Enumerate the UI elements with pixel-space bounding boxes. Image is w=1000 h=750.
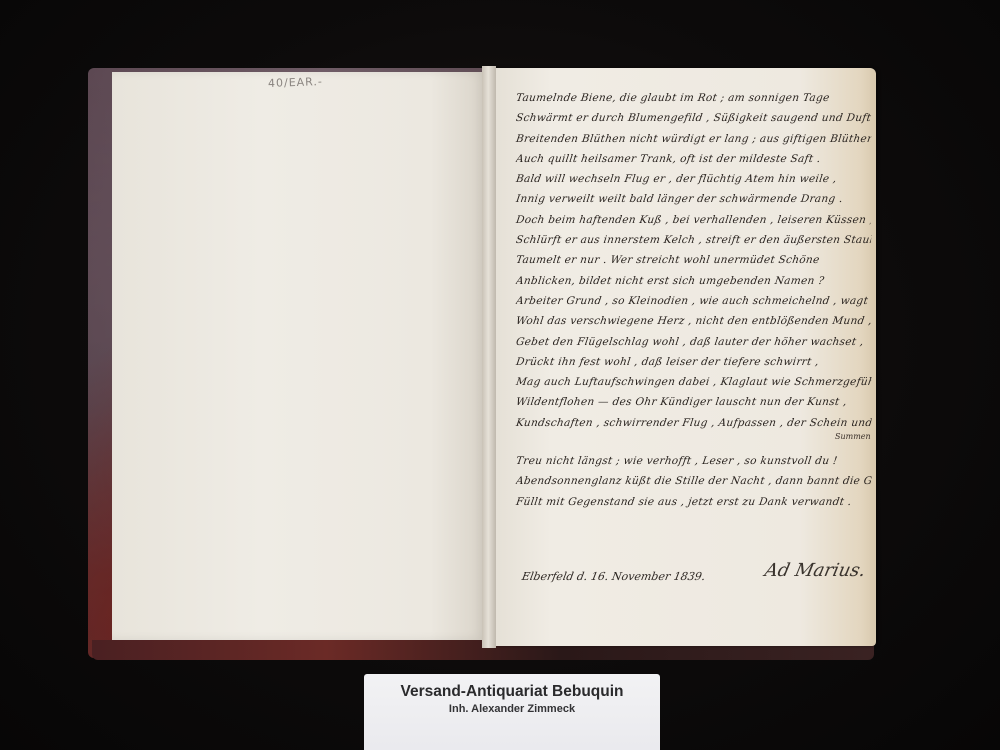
left-flyleaf-page (112, 72, 486, 640)
manuscript-line: Treu nicht längst ; wie verhofft , Leser… (515, 451, 873, 471)
manuscript-line: Mag auch Luftaufschwingen dabei , Klagla… (515, 372, 873, 392)
handwritten-poem: Taumelnde Biene, die glaubt im Rot ; am … (516, 88, 871, 512)
manuscript-line: Drückt ihn fest wohl , daß leiser der ti… (515, 352, 873, 372)
dealer-name: Versand-Antiquariat Bebuquin (364, 683, 660, 701)
author-signature: Ad Marius. (763, 560, 868, 581)
manuscript-line: Schlürft er aus innerstem Kelch , streif… (515, 230, 873, 250)
marginal-insertion: Summen (835, 432, 871, 441)
manuscript-line: Schwärmt er durch Blumengefild , Süßigke… (515, 108, 873, 128)
manuscript-line: Kundschaften , schwirrender Flug , Aufpa… (515, 413, 873, 433)
manuscript-line: Auch quillt heilsamer Trank, oft ist der… (515, 149, 873, 169)
dealer-owner: Inh. Alexander Zimmeck (364, 703, 660, 715)
pencil-shelfmark: 40/EAR.- (268, 75, 323, 90)
manuscript-line: Breitenden Blüthen nicht würdigt er lang… (515, 129, 873, 149)
photo-scene: 40/EAR.- Taumelnde Biene, die glaubt im … (0, 0, 1000, 750)
manuscript-line: Abendsonnenglanz küßt die Stille der Nac… (515, 471, 873, 491)
manuscript-line: Innig verweilt weilt bald länger der sch… (515, 189, 873, 209)
manuscript-line: Bald will wechseln Flug er , der flüchti… (515, 169, 873, 189)
manuscript-line: Taumelnde Biene, die glaubt im Rot ; am … (515, 88, 873, 108)
manuscript-line: Arbeiter Grund , so Kleinodien , wie auc… (515, 291, 873, 311)
manuscript-line: Anblicken, bildet nicht erst sich umgebe… (515, 271, 873, 291)
manuscript-line: Wildentflohen — des Ohr Kündiger lauscht… (515, 392, 873, 412)
manuscript-line: Füllt mit Gegenstand sie aus , jetzt ers… (515, 492, 873, 512)
manuscript-line: Doch beim haftenden Kuß , bei verhallend… (515, 210, 873, 230)
manuscript-line: Wohl das verschwiegene Herz , nicht den … (515, 311, 873, 331)
manuscript-line: Taumelt er nur . Wer streicht wohl unerm… (515, 250, 873, 270)
dealer-label-card: Versand-Antiquariat Bebuquin Inh. Alexan… (364, 674, 660, 750)
book-gutter (482, 66, 496, 648)
manuscript-line: Gebet den Flügelschlag wohl , daß lauter… (515, 332, 873, 352)
place-and-date: Elberfeld d. 16. November 1839. (521, 570, 707, 583)
stanza-gap (516, 433, 871, 451)
